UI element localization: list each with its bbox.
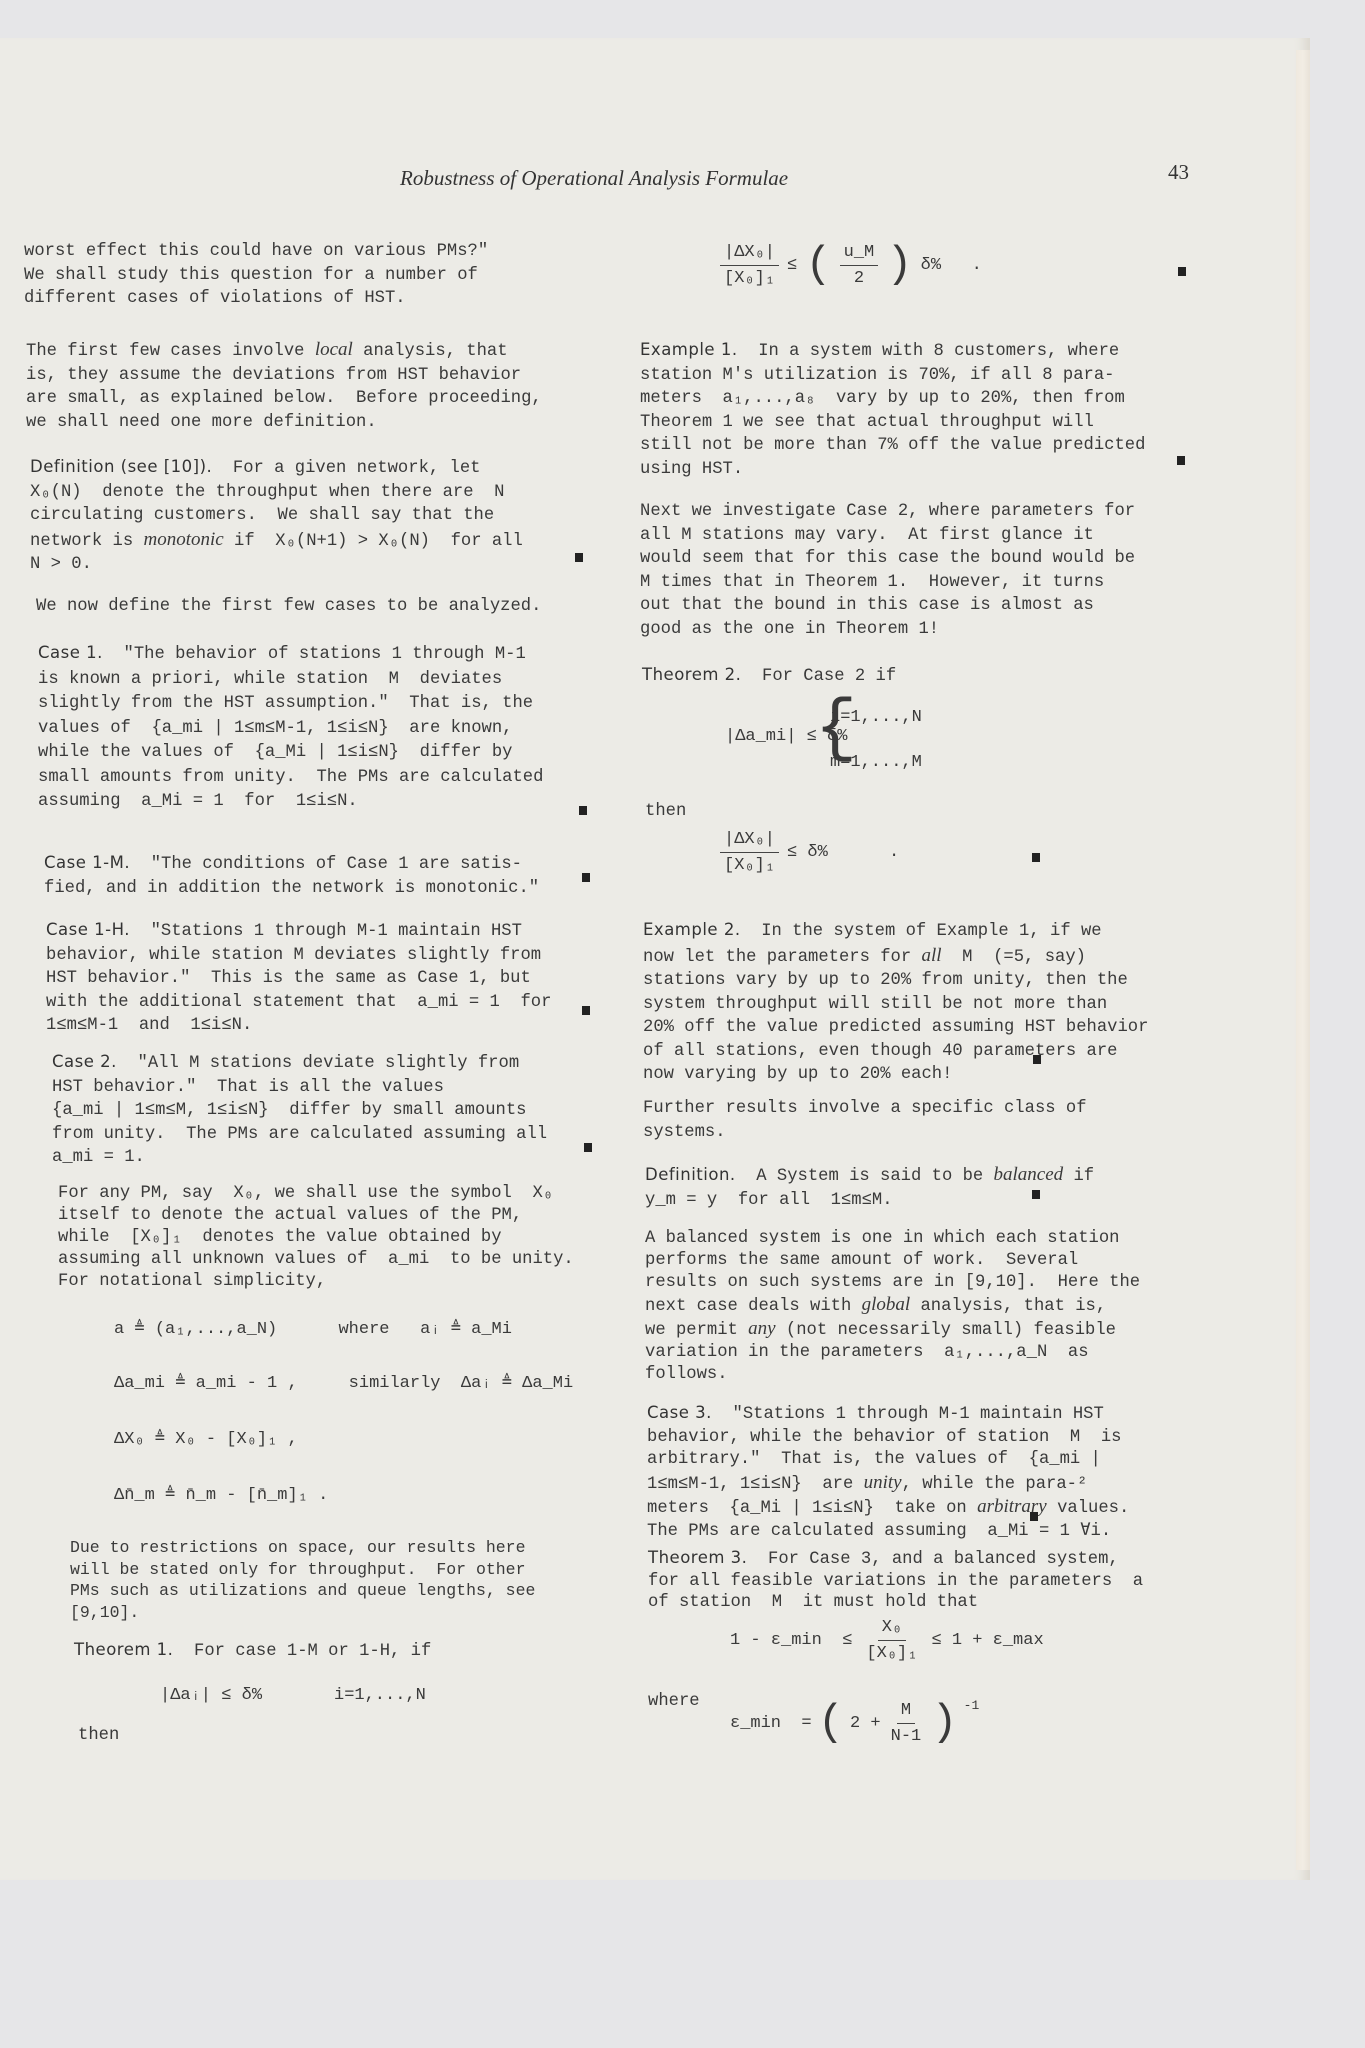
case-1-h: Case 1-H. "Stations 1 through M-1 mainta…	[46, 918, 551, 1038]
text: ≤ δ% .	[787, 843, 899, 862]
qed-mark	[579, 806, 587, 815]
theorem-1-range: i=1,...,N	[334, 1686, 426, 1705]
paren-open: (	[818, 1698, 844, 1748]
case-3: Case 3. "Stations 1 through M-1 maintain…	[647, 1402, 1129, 1543]
theorem-label: Theorem 2.	[642, 665, 741, 684]
text: For case 1-M or 1-H, if	[173, 1642, 431, 1661]
emphasis-global: global	[862, 1294, 911, 1315]
epsilon-min-equation: ε_min = ( 2 + MN-1 ) -1	[730, 1698, 979, 1748]
emphasis-monotonic: monotonic	[143, 529, 223, 550]
where-label: where	[648, 1690, 700, 1714]
leq-symbol: ≤	[787, 256, 797, 275]
numerator: X₀	[878, 1618, 906, 1641]
case-label: Case 1-M.	[44, 853, 130, 872]
example-label: Example 1.	[640, 340, 738, 359]
page-number: 43	[1168, 160, 1189, 185]
example-label: Example 2.	[643, 920, 741, 939]
numerator: |ΔX₀|	[720, 830, 779, 853]
qed-mark	[1177, 456, 1185, 465]
case-1-m: Case 1-M. "The conditions of Case 1 are …	[44, 851, 539, 900]
text: A System is said to be	[736, 1167, 994, 1186]
denominator: N-1	[887, 1724, 926, 1746]
theorem-3: Theorem 3. For Case 3, and a balanced sy…	[648, 1547, 1143, 1614]
equation-a-vector: a ≜ (a₁,...,a_N) where aᵢ ≜ a_Mi	[114, 1318, 512, 1339]
equation-delta-n: Δn̄_m ≜ n̄_m - [n̄_m]₁ .	[114, 1484, 328, 1505]
emphasis-any: any	[748, 1318, 775, 1339]
fraction: |ΔX₀|[X₀]₁	[720, 243, 779, 288]
qed-mark	[1030, 1512, 1038, 1521]
equation-delta-x: ΔX₀ ≜ X₀ - [X₀]₁ ,	[114, 1428, 298, 1449]
text: 2 +	[850, 1714, 881, 1733]
paragraph-intro: worst effect this could have on various …	[24, 240, 488, 311]
qed-mark	[575, 553, 583, 562]
theorem-1-condition: |Δaᵢ| ≤ δ%	[160, 1686, 262, 1705]
qed-mark	[584, 1143, 592, 1152]
theorem-label: Theorem 3.	[648, 1548, 747, 1567]
then-label: then	[645, 800, 686, 824]
paren-open: (	[805, 240, 831, 290]
text: In a system with 8 customers, where stat…	[640, 342, 1145, 479]
text: The first few cases involve	[26, 342, 315, 361]
qed-mark	[582, 1006, 590, 1015]
emphasis-unity: unity	[864, 1472, 902, 1493]
denominator: [X₀]₁	[720, 266, 779, 288]
paragraph-further-results: Further results involve a specific class…	[643, 1097, 1087, 1144]
qed-mark	[1033, 1055, 1041, 1064]
paren-close: )	[886, 240, 912, 290]
qed-mark	[1178, 267, 1186, 276]
definition-label: Definition.	[645, 1165, 736, 1184]
definition-monotonic: Definition (see [10]). For a given netwo…	[30, 455, 523, 577]
upper-bound: ≤ 1 + ε_max	[931, 1631, 1043, 1650]
case-1: Case 1. "The behavior of stations 1 thro…	[38, 641, 543, 815]
definition-balanced: Definition. A System is said to be balan…	[645, 1163, 1094, 1212]
qed-mark	[1032, 1190, 1040, 1199]
example-1: Example 1. In a system with 8 customers,…	[640, 338, 1145, 481]
example-2: Example 2. In the system of Example 1, i…	[643, 918, 1148, 1087]
theorem-2-range-i: i=1,...,N	[830, 708, 922, 727]
denominator: [X₀]₁	[862, 1641, 921, 1663]
theorem-1: Theorem 1. For case 1-M or 1-H, if	[74, 1638, 431, 1664]
paragraph-define-cases: We now define the first few cases to be …	[36, 595, 541, 619]
fraction: u_M2	[840, 243, 879, 288]
theorem-2-result: |ΔX₀|[X₀]₁ ≤ δ% .	[720, 830, 899, 875]
running-title: Robustness of Operational Analysis Formu…	[400, 166, 788, 191]
fraction: |ΔX₀|[X₀]₁	[720, 830, 779, 875]
paragraph-restrictions: Due to restrictions on space, our result…	[70, 1537, 535, 1623]
case-label: Case 1.	[38, 643, 103, 662]
case-2: Case 2. "All M stations deviate slightly…	[52, 1050, 547, 1170]
page-stack-edge	[1296, 50, 1310, 1870]
theorem-1-result: |ΔX₀|[X₀]₁ ≤ ( u_M2 ) δ% .	[720, 240, 982, 290]
text: M (=5, say) stations vary by up to 20% f…	[643, 948, 1148, 1085]
qed-mark	[1032, 853, 1040, 862]
paren-close: )	[931, 1698, 957, 1748]
qed-mark	[582, 873, 590, 882]
numerator: u_M	[840, 243, 879, 266]
text: For Case 2 if	[741, 667, 896, 686]
theorem-3-inequality: 1 - ε_min ≤ X₀[X₀]₁ ≤ 1 + ε_max	[730, 1618, 1044, 1663]
paragraph-notation: For any PM, say X₀, we shall use the sym…	[58, 1183, 574, 1293]
fraction: MN-1	[887, 1701, 926, 1746]
denominator: 2	[850, 266, 868, 288]
theorem-2-range-m: m=1,...,M	[830, 753, 922, 772]
paragraph-balanced-system: A balanced system is one in which each s…	[645, 1228, 1140, 1386]
equation-delta-a: Δa_mi ≜ a_mi - 1 , similarly Δaᵢ ≜ Δa_Mi	[114, 1372, 573, 1393]
emphasis-local: local	[315, 339, 353, 360]
text: δ% .	[921, 256, 982, 275]
denominator: [X₀]₁	[720, 853, 779, 875]
case-label: Case 3.	[647, 1403, 712, 1422]
paragraph-case-2-intro: Next we investigate Case 2, where parame…	[640, 500, 1135, 641]
then-label: then	[78, 1724, 119, 1748]
theorem-label: Theorem 1.	[74, 1640, 173, 1659]
theorem-2: Theorem 2. For Case 2 if	[642, 663, 896, 689]
emphasis-all: all	[921, 945, 941, 966]
case-label: Case 1-H.	[46, 920, 130, 939]
text: "The behavior of stations 1 through M-1 …	[38, 645, 543, 811]
paragraph-local-analysis: The first few cases involve local analys…	[26, 338, 542, 434]
case-label: Case 2.	[52, 1052, 117, 1071]
exponent: -1	[964, 1698, 980, 1713]
definition-label: Definition (see [10]).	[30, 457, 212, 476]
lhs: ε_min =	[730, 1714, 812, 1733]
emphasis-balanced: balanced	[994, 1164, 1064, 1185]
fraction: X₀[X₀]₁	[862, 1618, 921, 1663]
numerator: |ΔX₀|	[720, 243, 779, 266]
text: "All M stations deviate slightly from HS…	[52, 1054, 547, 1167]
numerator: M	[897, 1701, 915, 1724]
lower-bound: 1 - ε_min ≤	[730, 1631, 852, 1650]
